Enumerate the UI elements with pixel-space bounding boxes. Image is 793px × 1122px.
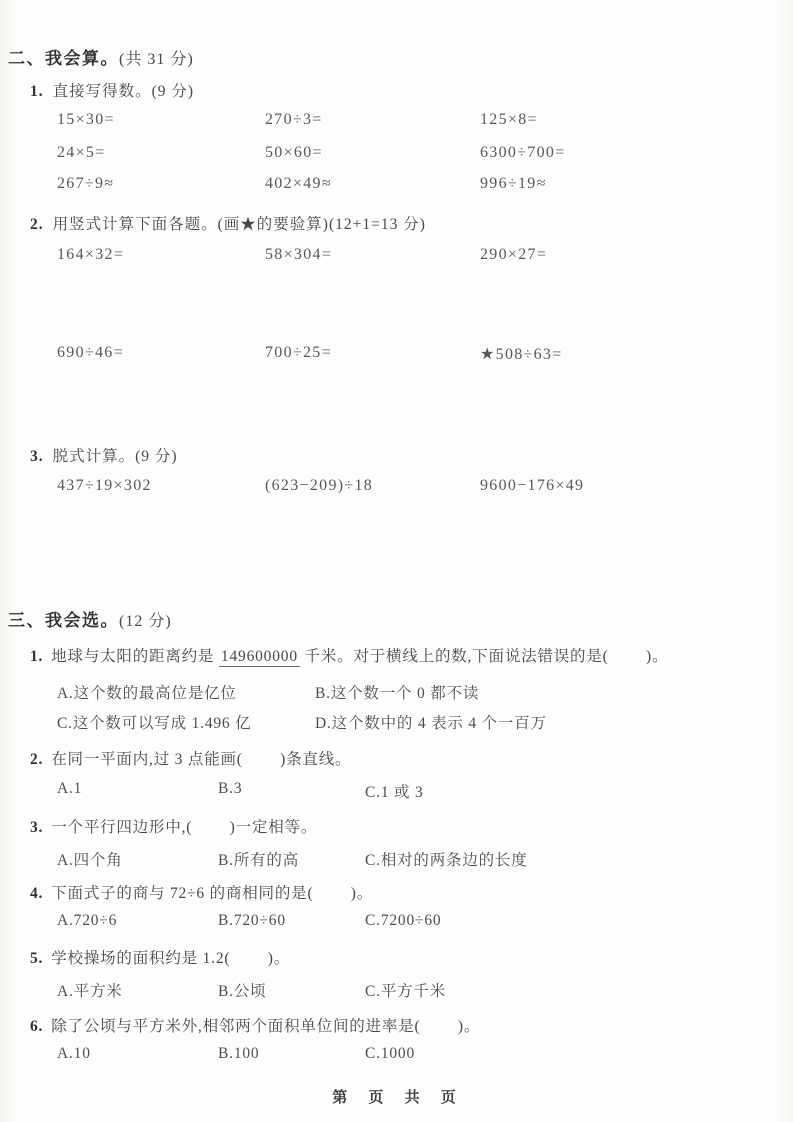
question-2-options: A.1 B.3 C.1 或 3	[0, 780, 793, 804]
question-text: 千米。对于横线上的数,下面说法错误的是( )。	[300, 648, 668, 665]
question-text: 下面式子的商与 72÷6 的商相同的是( )。	[51, 885, 373, 902]
question-number: 3.	[30, 819, 43, 836]
question-5-options: A.平方米 B.公顷 C.平方千米	[0, 979, 793, 1003]
option-a: A.四个角	[57, 848, 123, 870]
option-a: A.这个数的最高位是亿位	[57, 681, 237, 703]
underlined-number: 149600000	[219, 648, 300, 667]
option-c: C.这个数可以写成 1.496 亿	[57, 711, 251, 733]
question-text: 地球与太阳的距离约是	[51, 648, 219, 665]
option-b: B.720÷60	[218, 912, 286, 930]
math-expression: 690÷46=	[57, 344, 124, 362]
item-number: 2.	[30, 216, 44, 233]
option-a: A.720÷6	[57, 912, 117, 930]
math-expression: 15×30=	[57, 111, 115, 129]
math-expression: 58×304=	[265, 246, 332, 264]
option-c: C.相对的两条边的长度	[365, 848, 528, 870]
math-expression: 24×5=	[57, 144, 106, 162]
page-footer: 第 页 共 页	[0, 1086, 793, 1107]
item-step-calc-header: 3.脱式计算。(9 分)	[30, 444, 178, 466]
section-choice-title: 三、我会选。	[8, 611, 119, 630]
question-3: 3.一个平行四边形中,( )一定相等。	[30, 815, 782, 837]
math-expression: 267÷9≈	[57, 175, 114, 193]
question-2: 2.在同一平面内,过 3 点能画( )条直线。	[30, 747, 782, 769]
question-6-options: A.10 B.100 C.1000	[0, 1045, 793, 1069]
worksheet-page: 二、我会算。(共 31 分) 1.直接写得数。(9 分) 15×30= 270÷…	[0, 0, 793, 1122]
option-b: B.3	[218, 780, 242, 798]
option-b: B.公顷	[218, 979, 266, 1001]
section-calc-score: (共 31 分)	[119, 51, 194, 68]
question-1-options-row-2: C.这个数可以写成 1.496 亿 D.这个数中的 4 表示 4 个一百万	[0, 711, 793, 735]
section-choice-heading: 三、我会选。(12 分)	[8, 606, 172, 631]
math-expression: 6300÷700=	[480, 144, 566, 162]
option-c: C.1 或 3	[365, 780, 424, 802]
option-a: A.平方米	[57, 979, 123, 1001]
question-number: 1.	[30, 648, 43, 665]
math-expression: 290×27=	[480, 246, 547, 264]
option-c: C.7200÷60	[365, 912, 441, 930]
math-expression: 996÷19≈	[480, 175, 547, 193]
question-4-options: A.720÷6 B.720÷60 C.7200÷60	[0, 912, 793, 936]
quick-calc-row-1: 15×30= 270÷3= 125×8=	[0, 111, 793, 135]
quick-calc-row-2: 24×5= 50×60= 6300÷700=	[0, 144, 793, 168]
item-label: 用竖式计算下面各题。(画★的要验算)(12+1=13 分)	[53, 216, 426, 233]
item-number: 3.	[30, 448, 44, 465]
question-1-options-row-1: A.这个数的最高位是亿位 B.这个数一个 0 都不读	[0, 681, 793, 705]
section-choice-score: (12 分)	[119, 613, 172, 630]
math-expression: 437÷19×302	[57, 477, 152, 495]
item-vertical-calc-header: 2.用竖式计算下面各题。(画★的要验算)(12+1=13 分)	[30, 212, 426, 234]
option-c: C.1000	[365, 1045, 415, 1063]
section-calc-title: 二、我会算。	[8, 49, 119, 68]
step-calc-row: 437÷19×302 (623−209)÷18 9600−176×49	[0, 477, 793, 501]
option-b: B.这个数一个 0 都不读	[315, 681, 479, 703]
item-number: 1.	[30, 83, 44, 100]
item-label: 直接写得数。(9 分)	[53, 83, 194, 100]
question-number: 4.	[30, 885, 43, 902]
question-5: 5.学校操场的面积约是 1.2( )。	[30, 946, 782, 968]
question-text: 在同一平面内,过 3 点能画( )条直线。	[51, 751, 351, 768]
math-expression: 402×49≈	[265, 175, 332, 193]
question-1: 1.地球与太阳的距离约是 149600000 千米。对于横线上的数,下面说法错误…	[30, 644, 782, 666]
question-number: 5.	[30, 950, 43, 967]
math-expression: (623−209)÷18	[265, 477, 373, 495]
math-expression: 700÷25=	[265, 344, 332, 362]
section-calc-heading: 二、我会算。(共 31 分)	[8, 44, 194, 69]
option-c: C.平方千米	[365, 979, 446, 1001]
math-expression: 9600−176×49	[480, 477, 584, 495]
question-3-options: A.四个角 B.所有的高 C.相对的两条边的长度	[0, 848, 793, 872]
option-b: B.100	[218, 1045, 259, 1063]
quick-calc-row-3: 267÷9≈ 402×49≈ 996÷19≈	[0, 175, 793, 199]
question-6: 6.除了公顷与平方米外,相邻两个面积单位间的进率是( )。	[30, 1014, 782, 1036]
vertical-calc-row-2: 690÷46= 700÷25= ★508÷63=	[0, 344, 793, 368]
option-a: A.1	[57, 780, 82, 798]
question-text: 除了公顷与平方米外,相邻两个面积单位间的进率是( )。	[51, 1018, 480, 1035]
item-quick-calc-header: 1.直接写得数。(9 分)	[30, 79, 194, 101]
item-label: 脱式计算。(9 分)	[53, 448, 178, 465]
option-a: A.10	[57, 1045, 91, 1063]
question-number: 2.	[30, 751, 43, 768]
question-4: 4.下面式子的商与 72÷6 的商相同的是( )。	[30, 881, 782, 903]
question-number: 6.	[30, 1018, 43, 1035]
option-b: B.所有的高	[218, 848, 299, 870]
math-expression-starred: ★508÷63=	[480, 344, 563, 364]
math-expression: 164×32=	[57, 246, 124, 264]
math-expression: 270÷3=	[265, 111, 323, 129]
math-expression: 50×60=	[265, 144, 323, 162]
question-text: 学校操场的面积约是 1.2( )。	[51, 950, 290, 967]
vertical-calc-row-1: 164×32= 58×304= 290×27=	[0, 246, 793, 270]
question-text: 一个平行四边形中,( )一定相等。	[51, 819, 317, 836]
math-expression: 125×8=	[480, 111, 538, 129]
option-d: D.这个数中的 4 表示 4 个一百万	[315, 711, 547, 733]
